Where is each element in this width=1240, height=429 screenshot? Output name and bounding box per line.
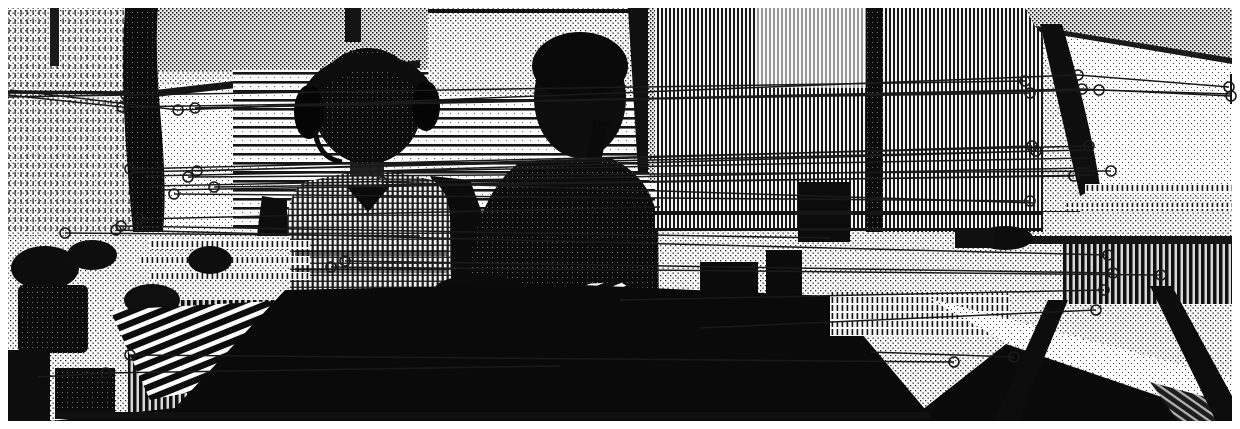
window-sill-upper xyxy=(1085,184,1232,193)
equipment-blob-3 xyxy=(188,246,232,274)
keyboard-row-3 xyxy=(150,272,310,280)
under-desk-shadow xyxy=(55,412,930,419)
equipment-box-2 xyxy=(8,350,50,421)
equipment-blob-2 xyxy=(67,240,117,270)
left-wall xyxy=(8,8,133,240)
headphone-earcup-right xyxy=(412,81,440,131)
headphone-earcup-left xyxy=(294,85,324,139)
person-hair xyxy=(532,32,628,100)
ledge-shadow xyxy=(1000,236,1232,244)
desk-clutter-box xyxy=(955,228,995,248)
ceiling-pole xyxy=(345,8,361,42)
feature-match-figure xyxy=(0,0,1240,429)
window-frame-bar-upper xyxy=(655,211,1080,215)
keyboard-row-1 xyxy=(150,240,310,250)
window-sill-lower xyxy=(1066,203,1232,211)
center-right-wall xyxy=(628,8,1080,242)
window-frame-right-sliver xyxy=(1230,74,1232,104)
photo xyxy=(0,0,1240,429)
wall-pillar-far-left xyxy=(50,8,59,66)
equipment-box-1 xyxy=(18,285,88,353)
